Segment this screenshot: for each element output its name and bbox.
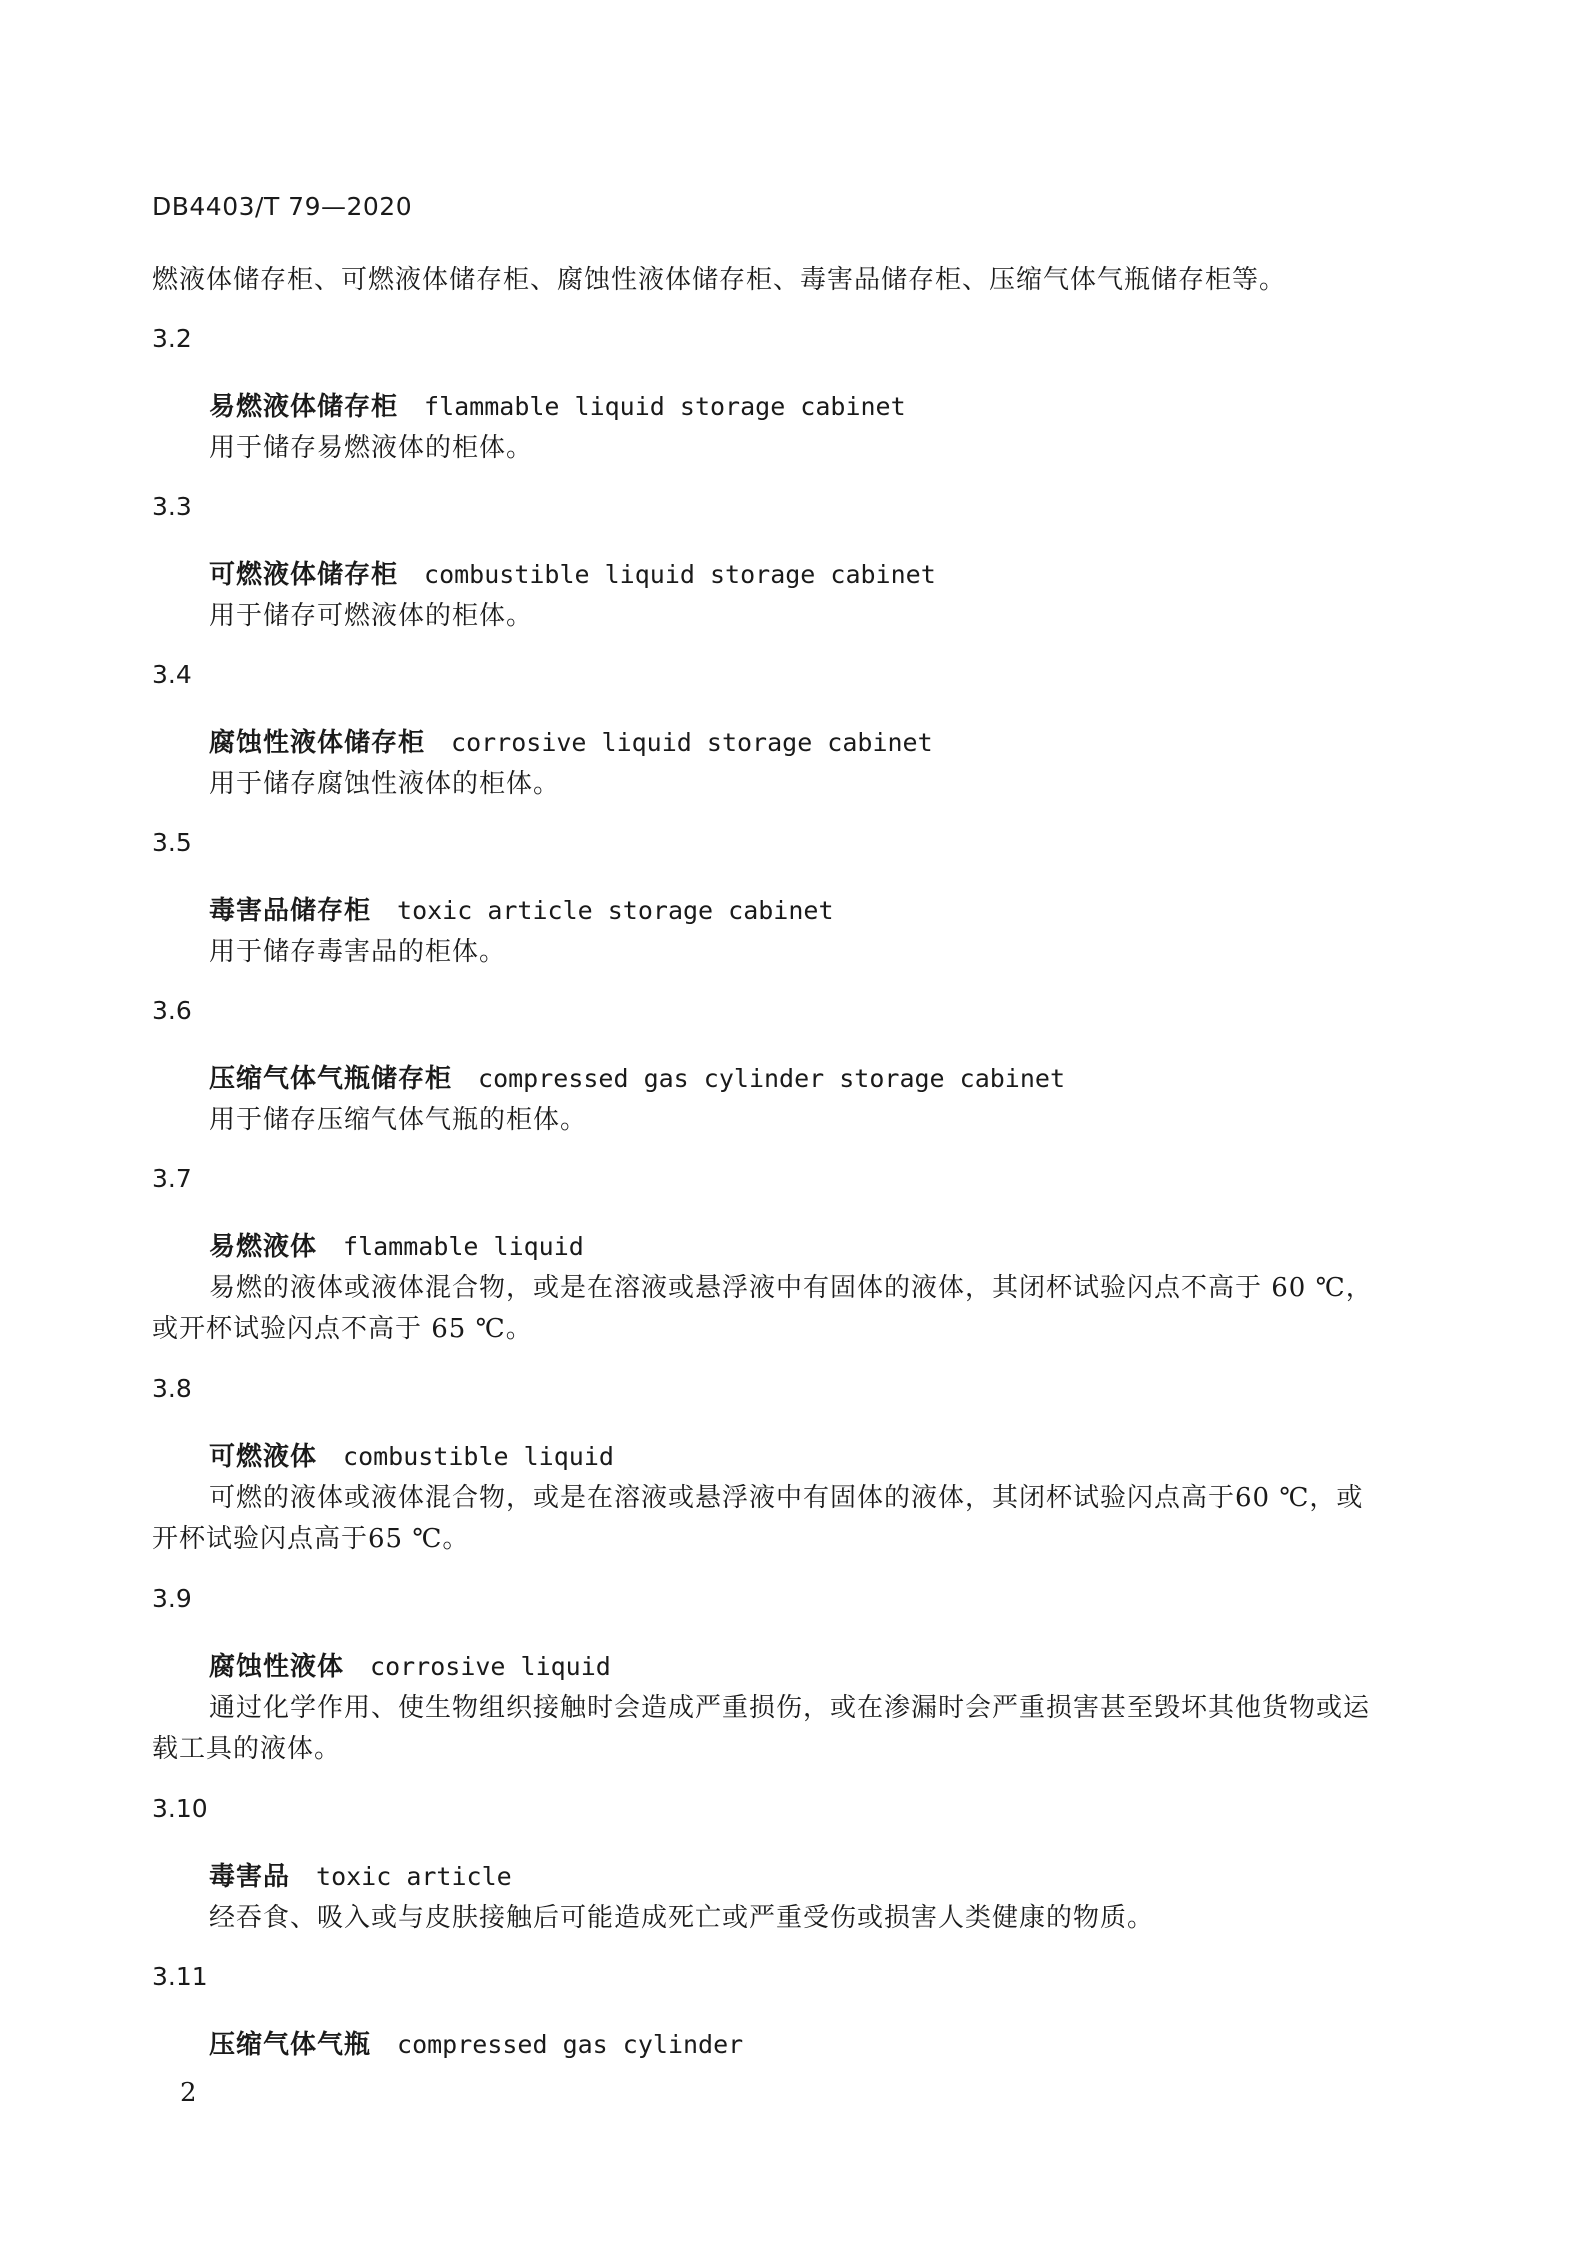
term-heading: 毒害品toxic article bbox=[209, 1856, 512, 1893]
definition-line: 经吞食、吸入或与皮肤接触后可能造成死亡或严重受伤或损害人类健康的物质。 bbox=[209, 1897, 1154, 1934]
definition-line: 用于储存毒害品的柜体。 bbox=[209, 931, 506, 968]
clause-number: 3.2 bbox=[152, 324, 192, 353]
clause-number: 3.9 bbox=[152, 1584, 192, 1613]
term-heading: 压缩气体气瓶储存柜compressed gas cylinder storage… bbox=[209, 1058, 1065, 1095]
clause-number: 3.4 bbox=[152, 660, 192, 689]
intro-line: 燃液体储存柜、可燃液体储存柜、腐蚀性液体储存柜、毒害品储存柜、压缩气体气瓶储存柜… bbox=[152, 259, 1286, 296]
clause-number: 3.8 bbox=[152, 1374, 192, 1403]
term-zh: 可燃液体 bbox=[209, 1442, 317, 1472]
page-number: 2 bbox=[180, 2078, 197, 2108]
term-en: combustible liquid bbox=[343, 1442, 614, 1471]
term-en: toxic article bbox=[316, 1862, 512, 1891]
definition-line: 通过化学作用、使生物组织接触时会造成严重损伤，或在渗漏时会严重损害甚至毁坏其他货… bbox=[209, 1687, 1370, 1724]
term-zh: 压缩气体气瓶储存柜 bbox=[209, 1064, 452, 1094]
term-en: flammable liquid bbox=[343, 1232, 584, 1261]
term-en: toxic article storage cabinet bbox=[397, 896, 834, 925]
term-heading: 毒害品储存柜toxic article storage cabinet bbox=[209, 890, 834, 927]
term-zh: 易燃液体 bbox=[209, 1232, 317, 1262]
term-en: flammable liquid storage cabinet bbox=[424, 392, 906, 421]
term-zh: 毒害品 bbox=[209, 1862, 290, 1892]
term-zh: 腐蚀性液体 bbox=[209, 1652, 344, 1682]
term-heading: 压缩气体气瓶compressed gas cylinder bbox=[209, 2024, 743, 2061]
clause-number: 3.5 bbox=[152, 828, 192, 857]
clause-number: 3.11 bbox=[152, 1962, 208, 1991]
term-heading: 腐蚀性液体corrosive liquid bbox=[209, 1646, 611, 1683]
definition-line: 用于储存压缩气体气瓶的柜体。 bbox=[209, 1099, 587, 1136]
definition-line: 易燃的液体或液体混合物，或是在溶液或悬浮液中有固体的液体，其闭杯试验闪点不高于 … bbox=[209, 1267, 1373, 1304]
term-zh: 可燃液体储存柜 bbox=[209, 560, 398, 590]
term-heading: 易燃液体flammable liquid bbox=[209, 1226, 584, 1263]
document-id-header: DB4403/T 79—2020 bbox=[152, 192, 412, 221]
term-en: combustible liquid storage cabinet bbox=[424, 560, 936, 589]
term-zh: 易燃液体储存柜 bbox=[209, 392, 398, 422]
term-zh: 毒害品储存柜 bbox=[209, 896, 371, 926]
definition-line: 载工具的液体。 bbox=[152, 1728, 341, 1765]
definition-line: 开杯试验闪点高于65 ℃。 bbox=[152, 1518, 469, 1555]
term-zh: 压缩气体气瓶 bbox=[209, 2030, 371, 2060]
term-en: corrosive liquid storage cabinet bbox=[451, 728, 933, 757]
term-heading: 可燃液体储存柜combustible liquid storage cabine… bbox=[209, 554, 936, 591]
clause-number: 3.10 bbox=[152, 1794, 208, 1823]
clause-number: 3.6 bbox=[152, 996, 192, 1025]
term-en: compressed gas cylinder bbox=[397, 2030, 743, 2059]
definition-line: 可燃的液体或液体混合物，或是在溶液或悬浮液中有固体的液体，其闭杯试验闪点高于60… bbox=[209, 1477, 1363, 1514]
clause-number: 3.3 bbox=[152, 492, 192, 521]
term-en: corrosive liquid bbox=[370, 1652, 611, 1681]
definition-line: 用于储存易燃液体的柜体。 bbox=[209, 427, 533, 464]
definition-line: 或开杯试验闪点不高于 65 ℃。 bbox=[152, 1308, 533, 1345]
term-heading: 易燃液体储存柜flammable liquid storage cabinet bbox=[209, 386, 906, 423]
term-zh: 腐蚀性液体储存柜 bbox=[209, 728, 425, 758]
term-heading: 腐蚀性液体储存柜corrosive liquid storage cabinet bbox=[209, 722, 933, 759]
term-heading: 可燃液体combustible liquid bbox=[209, 1436, 614, 1473]
definition-line: 用于储存可燃液体的柜体。 bbox=[209, 595, 533, 632]
term-en: compressed gas cylinder storage cabinet bbox=[478, 1064, 1065, 1093]
definition-line: 用于储存腐蚀性液体的柜体。 bbox=[209, 763, 560, 800]
clause-number: 3.7 bbox=[152, 1164, 192, 1193]
